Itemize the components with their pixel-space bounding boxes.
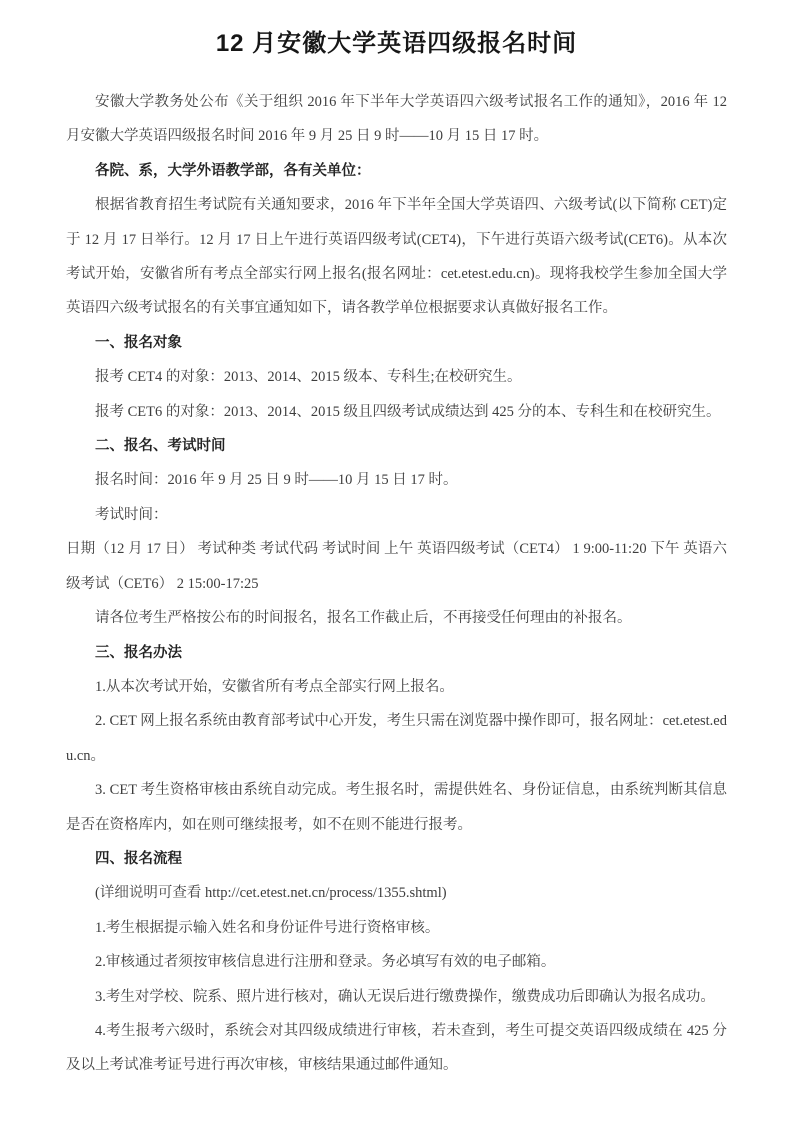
paragraph-process-4: 4.考生报考六级时，系统会对其四级成绩进行审核，若未查到，考生可提交英语四级成绩… <box>66 1014 727 1083</box>
paragraph-exam-schedule: 日期（12 月 17 日） 考试种类 考试代码 考试时间 上午 英语四级考试（C… <box>66 532 727 601</box>
document-page: 12 月安徽大学英语四级报名时间 安徽大学教务处公布《关于组织 2016 年下半… <box>0 0 794 1123</box>
paragraph-process-1: 1.考生根据提示输入姓名和身份证件号进行资格审核。 <box>66 911 727 945</box>
paragraph-intro: 安徽大学教务处公布《关于组织 2016 年下半年大学英语四六级考试报名工作的通知… <box>66 85 727 154</box>
section-heading-3: 三、报名办法 <box>66 636 727 670</box>
document-title: 12 月安徽大学英语四级报名时间 <box>66 27 727 61</box>
paragraph-cet4-target: 报考 CET4 的对象：2013、2014、2015 级本、专科生;在校研究生。 <box>66 360 727 394</box>
paragraph-exam-time-label: 考试时间： <box>66 498 727 532</box>
section-heading-4: 四、报名流程 <box>66 842 727 876</box>
paragraph-cet6-target: 报考 CET6 的对象：2013、2014、2015 级且四级考试成绩达到 42… <box>66 395 727 429</box>
section-heading-2: 二、报名、考试时间 <box>66 429 727 463</box>
paragraph-method-2: 2. CET 网上报名系统由教育部考试中心开发，考生只需在浏览器中操作即可，报名… <box>66 704 727 773</box>
paragraph-process-2: 2.审核通过者须按审核信息进行注册和登录。务必填写有效的电子邮箱。 <box>66 945 727 979</box>
paragraph-salutation: 各院、系，大学外语教学部，各有关单位： <box>66 154 727 188</box>
section-heading-1: 一、报名对象 <box>66 326 727 360</box>
paragraph-method-1: 1.从本次考试开始，安徽省所有考点全部实行网上报名。 <box>66 670 727 704</box>
paragraph-process-url: (详细说明可查看 http://cet.etest.net.cn/process… <box>66 876 727 910</box>
paragraph-process-3: 3.考生对学校、院系、照片进行核对，确认无误后进行缴费操作，缴费成功后即确认为报… <box>66 980 727 1014</box>
paragraph-registration-time: 报名时间：2016 年 9 月 25 日 9 时——10 月 15 日 17 时… <box>66 463 727 497</box>
document-body: 安徽大学教务处公布《关于组织 2016 年下半年大学英语四六级考试报名工作的通知… <box>66 85 727 1083</box>
paragraph-deadline-warning: 请各位考生严格按公布的时间报名，报名工作截止后，不再接受任何理由的补报名。 <box>66 601 727 635</box>
paragraph-method-3: 3. CET 考生资格审核由系统自动完成。考生报名时，需提供姓名、身份证信息，由… <box>66 773 727 842</box>
paragraph-notice: 根据省教育招生考试院有关通知要求，2016 年下半年全国大学英语四、六级考试(以… <box>66 188 727 326</box>
